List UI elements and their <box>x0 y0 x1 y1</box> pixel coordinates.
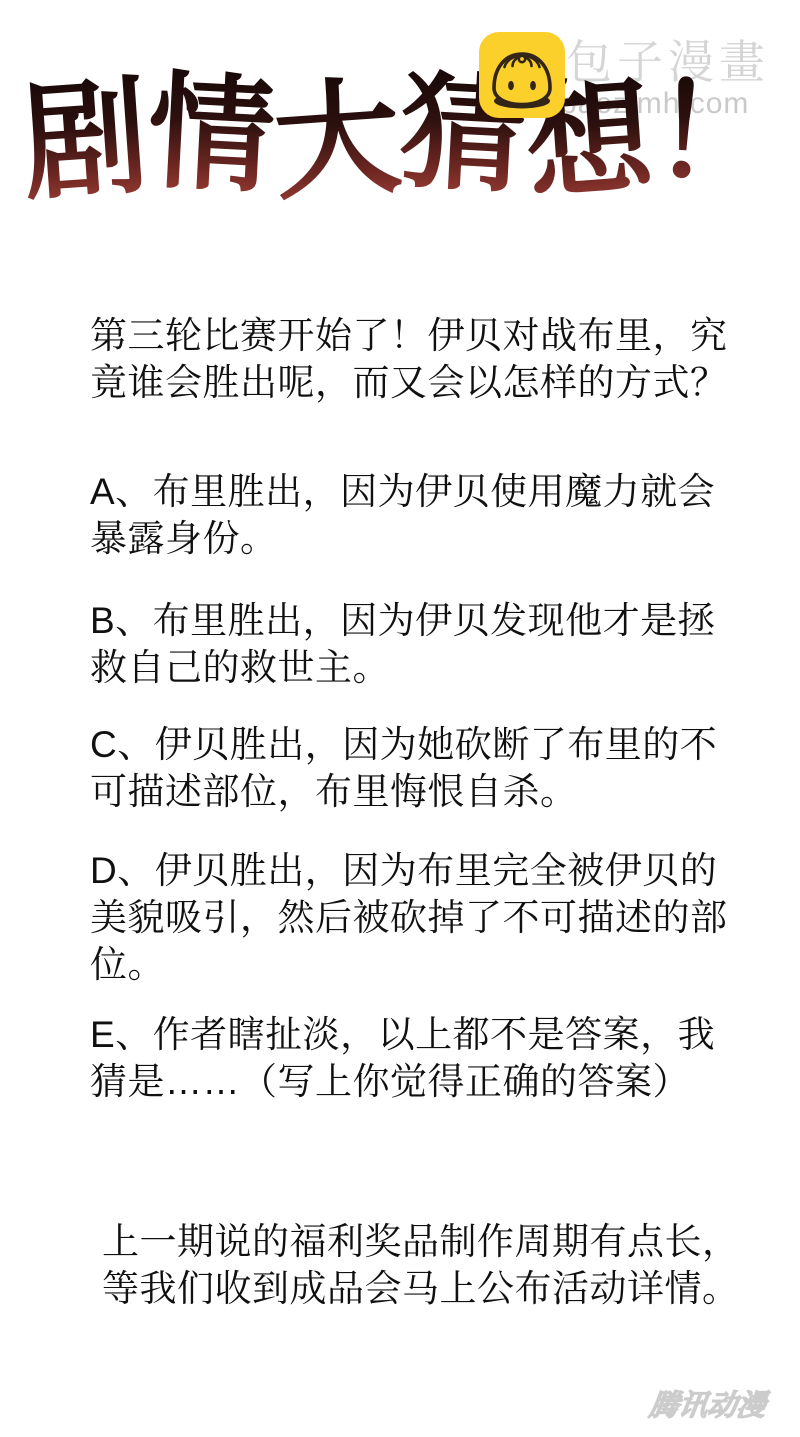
tencent-comics-watermark: 腾讯动漫 <box>647 1383 769 1424</box>
option-b: B、布里胜出，因为伊贝发现他才是拯 救自己的救世主。 <box>90 597 742 691</box>
option-e: E、作者瞎扯淡，以上都不是答案，我 猜是……（写上你觉得正确的答案） <box>90 1011 742 1105</box>
comic-announcement-page: 包子漫畫 baozimh.com 剧情大猜想！ 第三轮比赛开始了！伊贝对战布里，… <box>0 0 800 1437</box>
option-d: D、伊贝胜出，因为布里完全被伊贝的 美貌吸引，然后被砍掉了不可描述的部 位。 <box>90 847 742 988</box>
question-paragraph: 第三轮比赛开始了！伊贝对战布里，究 竟谁会胜出呢，而又会以怎样的方式？ <box>90 312 742 406</box>
baozi-bun-icon <box>478 31 566 119</box>
option-a: A、布里胜出，因为伊贝使用魔力就会 暴露身份。 <box>90 468 742 562</box>
option-c: C、伊贝胜出，因为她砍断了布里的不 可描述部位，布里悔恨自杀。 <box>90 721 742 815</box>
footer-note: 上一期说的福利奖品制作周期有点长， 等我们收到成品会马上公布活动详情。 <box>102 1218 742 1312</box>
page-title: 剧情大猜想！ <box>0 62 800 213</box>
